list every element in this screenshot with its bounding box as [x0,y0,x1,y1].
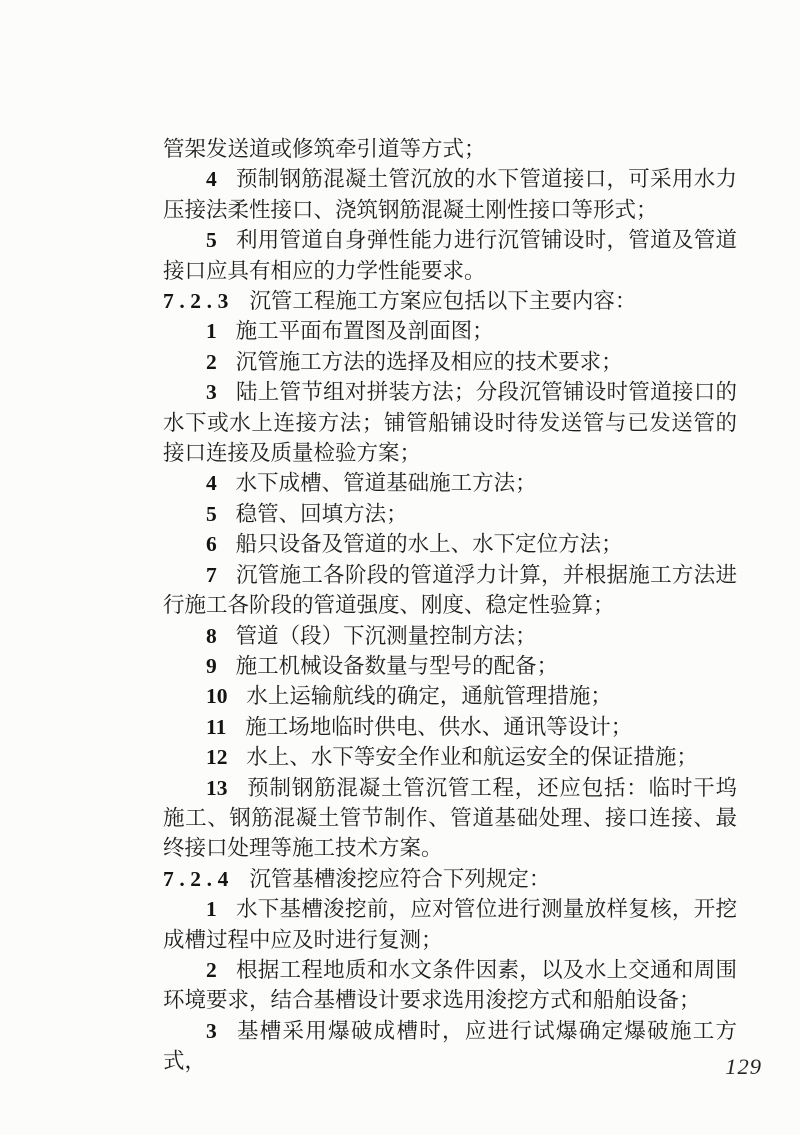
paragraph-text: 施工场地临时供电、供水、通讯等设计； [245,715,632,739]
paragraph: 2根据工程地质和水文条件因素，以及水上交通和周围环境要求，结合基槽设计要求选用浚… [163,955,737,1016]
paragraph-text: 水下基槽浚挖前，应对管位进行测量放样复核，开挖成槽过程中应及时进行复测； [163,897,737,951]
paragraph-text: 水上运输航线的确定，通航管理措施； [246,684,612,708]
item-number: 1 [206,897,217,921]
item-number: 2 [206,350,217,374]
paragraph: 13预制钢筋混凝土管沉管工程，还应包括：临时干坞施工、钢筋混凝土管节制作、管道基… [163,773,737,864]
paragraph: 9施工机械设备数量与型号的配备； [163,651,737,681]
paragraph-text: 沉管施工各阶段的管道浮力计算，并根据施工方法进行施工各阶段的管道强度、刚度、稳定… [163,563,737,617]
paragraph: 3陆上管节组对拼装方法；分段沉管铺设时管道接口的水下或水上连接方法；铺管船铺设时… [163,377,737,468]
paragraph: 12水上、水下等安全作业和航运安全的保证措施； [163,742,737,772]
paragraph-text: 根据工程地质和水文条件因素，以及水上交通和周围环境要求，结合基槽设计要求选用浚挖… [163,958,737,1012]
item-number: 2 [206,958,217,982]
item-number: 10 [206,684,228,708]
item-number: 5 [206,228,217,252]
paragraph: 6船只设备及管道的水上、水下定位方法； [163,529,737,559]
paragraph-text: 管道（段）下沉测量控制方法； [236,624,537,648]
item-number: 5 [206,502,217,526]
paragraph-text: 沉管施工方法的选择及相应的技术要求； [236,350,623,374]
item-number: 12 [206,745,228,769]
page-number: 129 [725,1054,762,1080]
paragraph-text: 施工机械设备数量与型号的配备； [236,654,559,678]
paragraph-text: 施工平面布置图及剖面图； [236,319,494,343]
paragraph-text: 预制钢筋混凝土管沉放的水下管道接口，可采用水力压接法柔性接口、浇筑钢筋混凝土刚性… [163,167,737,221]
document-page: 管架发送道或修筑牵引道等方式； 4预制钢筋混凝土管沉放的水下管道接口，可采用水力… [0,0,800,1135]
clause-number: 7.2.3 [163,289,234,313]
item-number: 13 [206,776,228,800]
paragraph: 11施工场地临时供电、供水、通讯等设计； [163,712,737,742]
clause-heading: 7.2.3沉管工程施工方案应包括以下主要内容： [163,286,737,316]
paragraph: 5利用管道自身弹性能力进行沉管铺设时，管道及管道接口应具有相应的力学性能要求。 [163,225,737,286]
paragraph: 1施工平面布置图及剖面图； [163,316,737,346]
item-number: 7 [206,563,217,587]
paragraph-text: 水下成槽、管道基础施工方法； [236,471,537,495]
item-number: 3 [206,1019,217,1043]
paragraph: 4预制钢筋混凝土管沉放的水下管道接口，可采用水力压接法柔性接口、浇筑钢筋混凝土刚… [163,164,737,225]
paragraph-text: 利用管道自身弹性能力进行沉管铺设时，管道及管道接口应具有相应的力学性能要求。 [163,228,737,282]
paragraph-text: 基槽采用爆破成槽时，应进行试爆确定爆破施工方式， [163,1019,737,1073]
item-number: 11 [206,715,226,739]
document-text: 管架发送道或修筑牵引道等方式； 4预制钢筋混凝土管沉放的水下管道接口，可采用水力… [163,134,737,1077]
paragraph: 2沉管施工方法的选择及相应的技术要求； [163,347,737,377]
paragraph: 7沉管施工各阶段的管道浮力计算，并根据施工方法进行施工各阶段的管道强度、刚度、稳… [163,560,737,621]
item-number: 9 [206,654,217,678]
paragraph-text: 陆上管节组对拼装方法；分段沉管铺设时管道接口的水下或水上连接方法；铺管船铺设时待… [163,380,737,465]
paragraph: 管架发送道或修筑牵引道等方式； [163,134,737,164]
item-number: 3 [206,380,217,404]
clause-heading: 7.2.4沉管基槽浚挖应符合下列规定： [163,864,737,894]
item-number: 1 [206,319,217,343]
paragraph: 1水下基槽浚挖前，应对管位进行测量放样复核，开挖成槽过程中应及时进行复测； [163,894,737,955]
item-number: 4 [206,471,217,495]
paragraph-text: 水上、水下等安全作业和航运安全的保证措施； [246,745,698,769]
paragraph: 4水下成槽、管道基础施工方法； [163,468,737,498]
paragraph-text: 船只设备及管道的水上、水下定位方法； [236,532,623,556]
paragraph-text: 管架发送道或修筑牵引道等方式； [163,137,486,161]
paragraph-text: 稳管、回填方法； [236,502,408,526]
paragraph: 3基槽采用爆破成槽时，应进行试爆确定爆破施工方式， [163,1016,737,1077]
paragraph-text: 沉管工程施工方案应包括以下主要内容： [249,289,636,313]
item-number: 4 [206,167,217,191]
paragraph: 5稳管、回填方法； [163,499,737,529]
paragraph-text: 沉管基槽浚挖应符合下列规定： [249,867,550,891]
clause-number: 7.2.4 [163,867,234,891]
item-number: 6 [206,532,217,556]
paragraph: 10水上运输航线的确定，通航管理措施； [163,681,737,711]
paragraph: 8管道（段）下沉测量控制方法； [163,621,737,651]
item-number: 8 [206,624,217,648]
paragraph-text: 预制钢筋混凝土管沉管工程，还应包括：临时干坞施工、钢筋混凝土管节制作、管道基础处… [163,776,737,861]
